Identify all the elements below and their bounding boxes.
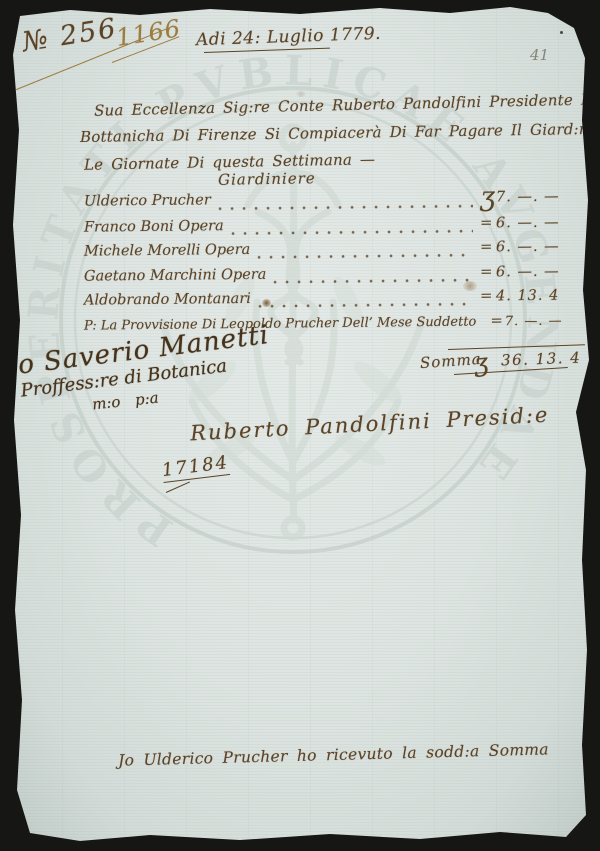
payment-amount: 6. —. — [496, 263, 588, 280]
ink-stain [262, 299, 271, 307]
section-heading: Giardiniere [218, 169, 316, 189]
photo-background: { "header": { "folio_number": "№ 256", "… [0, 0, 600, 851]
payee-name: Aldobrando Montanari [84, 291, 251, 309]
payment-amount: 7. —. — [496, 188, 588, 205]
currency-mark: = [480, 262, 496, 280]
payee-name: Ulderico Prucher [84, 192, 211, 209]
currency-mark: = [480, 238, 496, 256]
dotted-leader [258, 302, 473, 309]
currency-mark: = [480, 213, 496, 231]
document-page: PROSPERITATI PVBLICAE AVGENDAE № 256 1 [0, 0, 600, 851]
payment-amount: 6. —. — [496, 239, 588, 256]
currency-mark: = [490, 311, 505, 329]
dotted-leader [218, 203, 473, 211]
page-number: 41 [530, 46, 549, 64]
payment-amount: 7. —. — [505, 313, 588, 329]
payee-name: Franco Boni Opera [84, 218, 224, 235]
ink-stain [463, 281, 477, 291]
dotted-leader [257, 253, 473, 260]
ink-speck [560, 31, 563, 34]
payee-name: P: La Provvisione Di Leopoldo Prucher De… [84, 314, 477, 333]
payee-name: Gaetano Marchini Opera [84, 267, 267, 285]
dotted-leader [273, 277, 473, 284]
payee-name: Michele Morelli Opera [84, 242, 250, 260]
currency-mark: = [480, 287, 496, 305]
dotted-leader [231, 228, 473, 236]
payment-amount: 6. —. — [496, 214, 588, 231]
currency-mark: ʒ [480, 192, 496, 202]
paper-stain [296, 91, 306, 97]
payment-list: Ulderico Prucher ʒ 7. —. — Franco Boni O… [84, 190, 588, 338]
total-amount: 36. 13. 4 [501, 349, 582, 370]
payment-amount: 4. 13. 4 [496, 288, 588, 305]
